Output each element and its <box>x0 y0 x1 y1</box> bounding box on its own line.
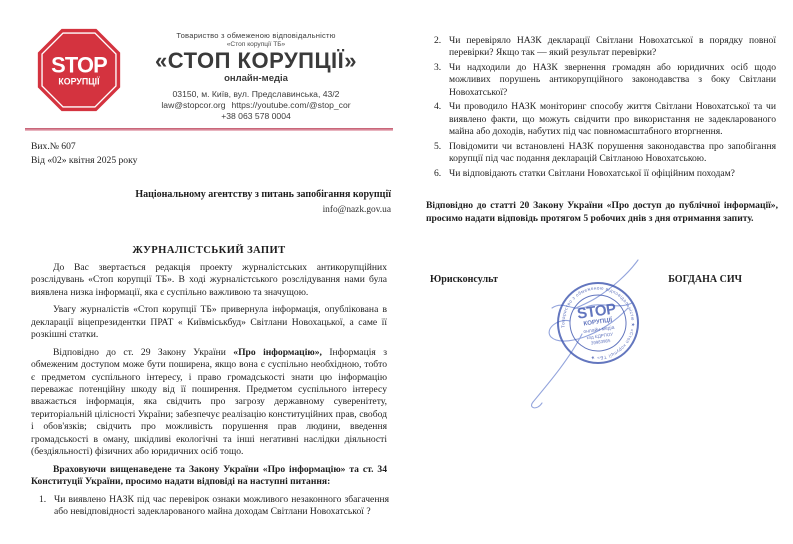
logo-stop-text: STOP <box>51 53 107 78</box>
questions-list: 2. Чи перевіряло НАЗК декларації Світлан… <box>420 28 780 180</box>
org-email: law@stopcor.org <box>161 100 225 110</box>
reference-block: Вих.№ 607 Від «02» квітня 2025 року <box>31 140 393 169</box>
addressee-block: Національному агентству з питань запобіг… <box>25 189 393 215</box>
paragraph-intro: До Вас звертається редакція проекту журн… <box>25 262 393 299</box>
org-subtitle: онлайн-медіа <box>121 73 391 84</box>
question-number: 2. <box>434 35 449 60</box>
org-address: 03150, м. Київ, вул. Предславинська, 43/… <box>121 89 391 99</box>
paragraph-law-reference: Відповідно до ст. 29 Закону України «Про… <box>25 347 393 459</box>
stamp-korruption-text: КОРУПЦІЇ <box>583 316 613 327</box>
org-name-line1: Товариство з обмеженою відповідальністю <box>121 31 391 40</box>
question-number: 3. <box>434 62 449 99</box>
question-text: Чи відповідають статки Світлани Новохатс… <box>449 168 776 180</box>
stamp-stop-text: STOP <box>576 300 617 322</box>
law-ref-bold: «Про інформацію», <box>233 347 322 358</box>
stamp-edrpou-label: код ЄДРПОУ <box>586 332 613 341</box>
question-item-5: 5. Повідомити чи встановлені НАЗК поруше… <box>420 141 780 166</box>
page-1: STOP КОРУПЦІЇ Товариство з обмеженою від… <box>25 14 393 521</box>
page-2: 2. Чи перевіряло НАЗК декларації Світлан… <box>420 28 780 285</box>
official-stamp: Товариство з обмеженою відповідальністю … <box>553 278 643 368</box>
question-number: 6. <box>434 168 449 180</box>
signer-name: БОГДАНА СИЧ <box>668 274 742 285</box>
question-item-4: 4. Чи проводило НАЗК моніторинг способу … <box>420 101 780 138</box>
question-item-1: 1. Чи виявлено НАЗК під час перевірок оз… <box>25 494 393 519</box>
scanned-letter: STOP КОРУПЦІЇ Товариство з обмеженою від… <box>0 0 793 544</box>
signer-role: Юрисконсульт <box>430 274 498 285</box>
law-ref-post: Інформація з обмеженим доступом може бут… <box>31 347 387 458</box>
outgoing-date: Від «02» квітня 2025 року <box>31 154 393 168</box>
stop-corruption-logo-icon: STOP КОРУПЦІЇ <box>37 28 121 112</box>
org-name-line2: «Стоп корупції ТБ» <box>121 41 391 48</box>
org-phone: +38 063 578 0004 <box>121 111 391 121</box>
question-number: 5. <box>434 141 449 166</box>
question-item-6: 6. Чи відповідають статки Світлани Новох… <box>420 168 780 180</box>
letterhead: STOP КОРУПЦІЇ Товариство з обмеженою від… <box>25 14 393 121</box>
org-website: https://youtube.com/@stop_cor <box>232 100 351 110</box>
signature-row: Юрисконсульт БОГДАНА СИЧ <box>420 274 780 285</box>
question-number: 1. <box>39 494 54 519</box>
org-title: «СТОП КОРУПЦІЇ» <box>121 50 391 72</box>
letterhead-divider <box>25 128 393 131</box>
question-number: 4. <box>434 101 449 138</box>
document-title: ЖУРНАЛІСТСЬКИЙ ЗАПИТ <box>25 245 393 256</box>
stamp-media-text: онлайн-медіа <box>583 324 615 335</box>
svg-text:Товариство з обмеженою відпові: Товариство з обмеженою відповідальністю … <box>556 281 641 366</box>
question-text: Повідомити чи встановлені НАЗК порушення… <box>449 141 776 166</box>
law-ref-pre: Відповідно до ст. 29 Закону України <box>53 347 233 358</box>
org-contacts: law@stopcor.orghttps://youtube.com/@stop… <box>121 100 391 110</box>
question-item-2: 2. Чи перевіряло НАЗК декларації Світлан… <box>420 35 780 60</box>
paragraph-subject: Увагу журналістів «Стоп корупції ТБ» при… <box>25 304 393 341</box>
question-item-3: 3. Чи надходили до НАЗК звернення громад… <box>420 62 780 99</box>
stamp-ring-text: Товариство з обмеженою відповідальністю … <box>556 281 641 366</box>
question-text: Чи перевіряло НАЗК декларації Світлани Н… <box>449 35 776 60</box>
stamp-edrpou-number: 39983985 <box>591 338 612 346</box>
question-text: Чи проводило НАЗК моніторинг способу жит… <box>449 101 776 138</box>
addressee-name: Національному агентству з питань запобіг… <box>25 189 391 200</box>
addressee-email: info@nazk.gov.ua <box>25 205 391 215</box>
letterhead-text: Товариство з обмеженою відповідальністю … <box>121 28 391 121</box>
closing-deadline-paragraph: Відповідно до статті 20 Закону України «… <box>420 200 780 226</box>
question-text: Чи виявлено НАЗК під час перевірок ознак… <box>54 494 389 519</box>
question-text: Чи надходили до НАЗК звернення громадян … <box>449 62 776 99</box>
outgoing-number: Вих.№ 607 <box>31 140 393 154</box>
paragraph-request: Враховуючи вищенаведене та Закону Україн… <box>25 464 393 489</box>
logo-sub-text: КОРУПЦІЇ <box>58 76 100 86</box>
